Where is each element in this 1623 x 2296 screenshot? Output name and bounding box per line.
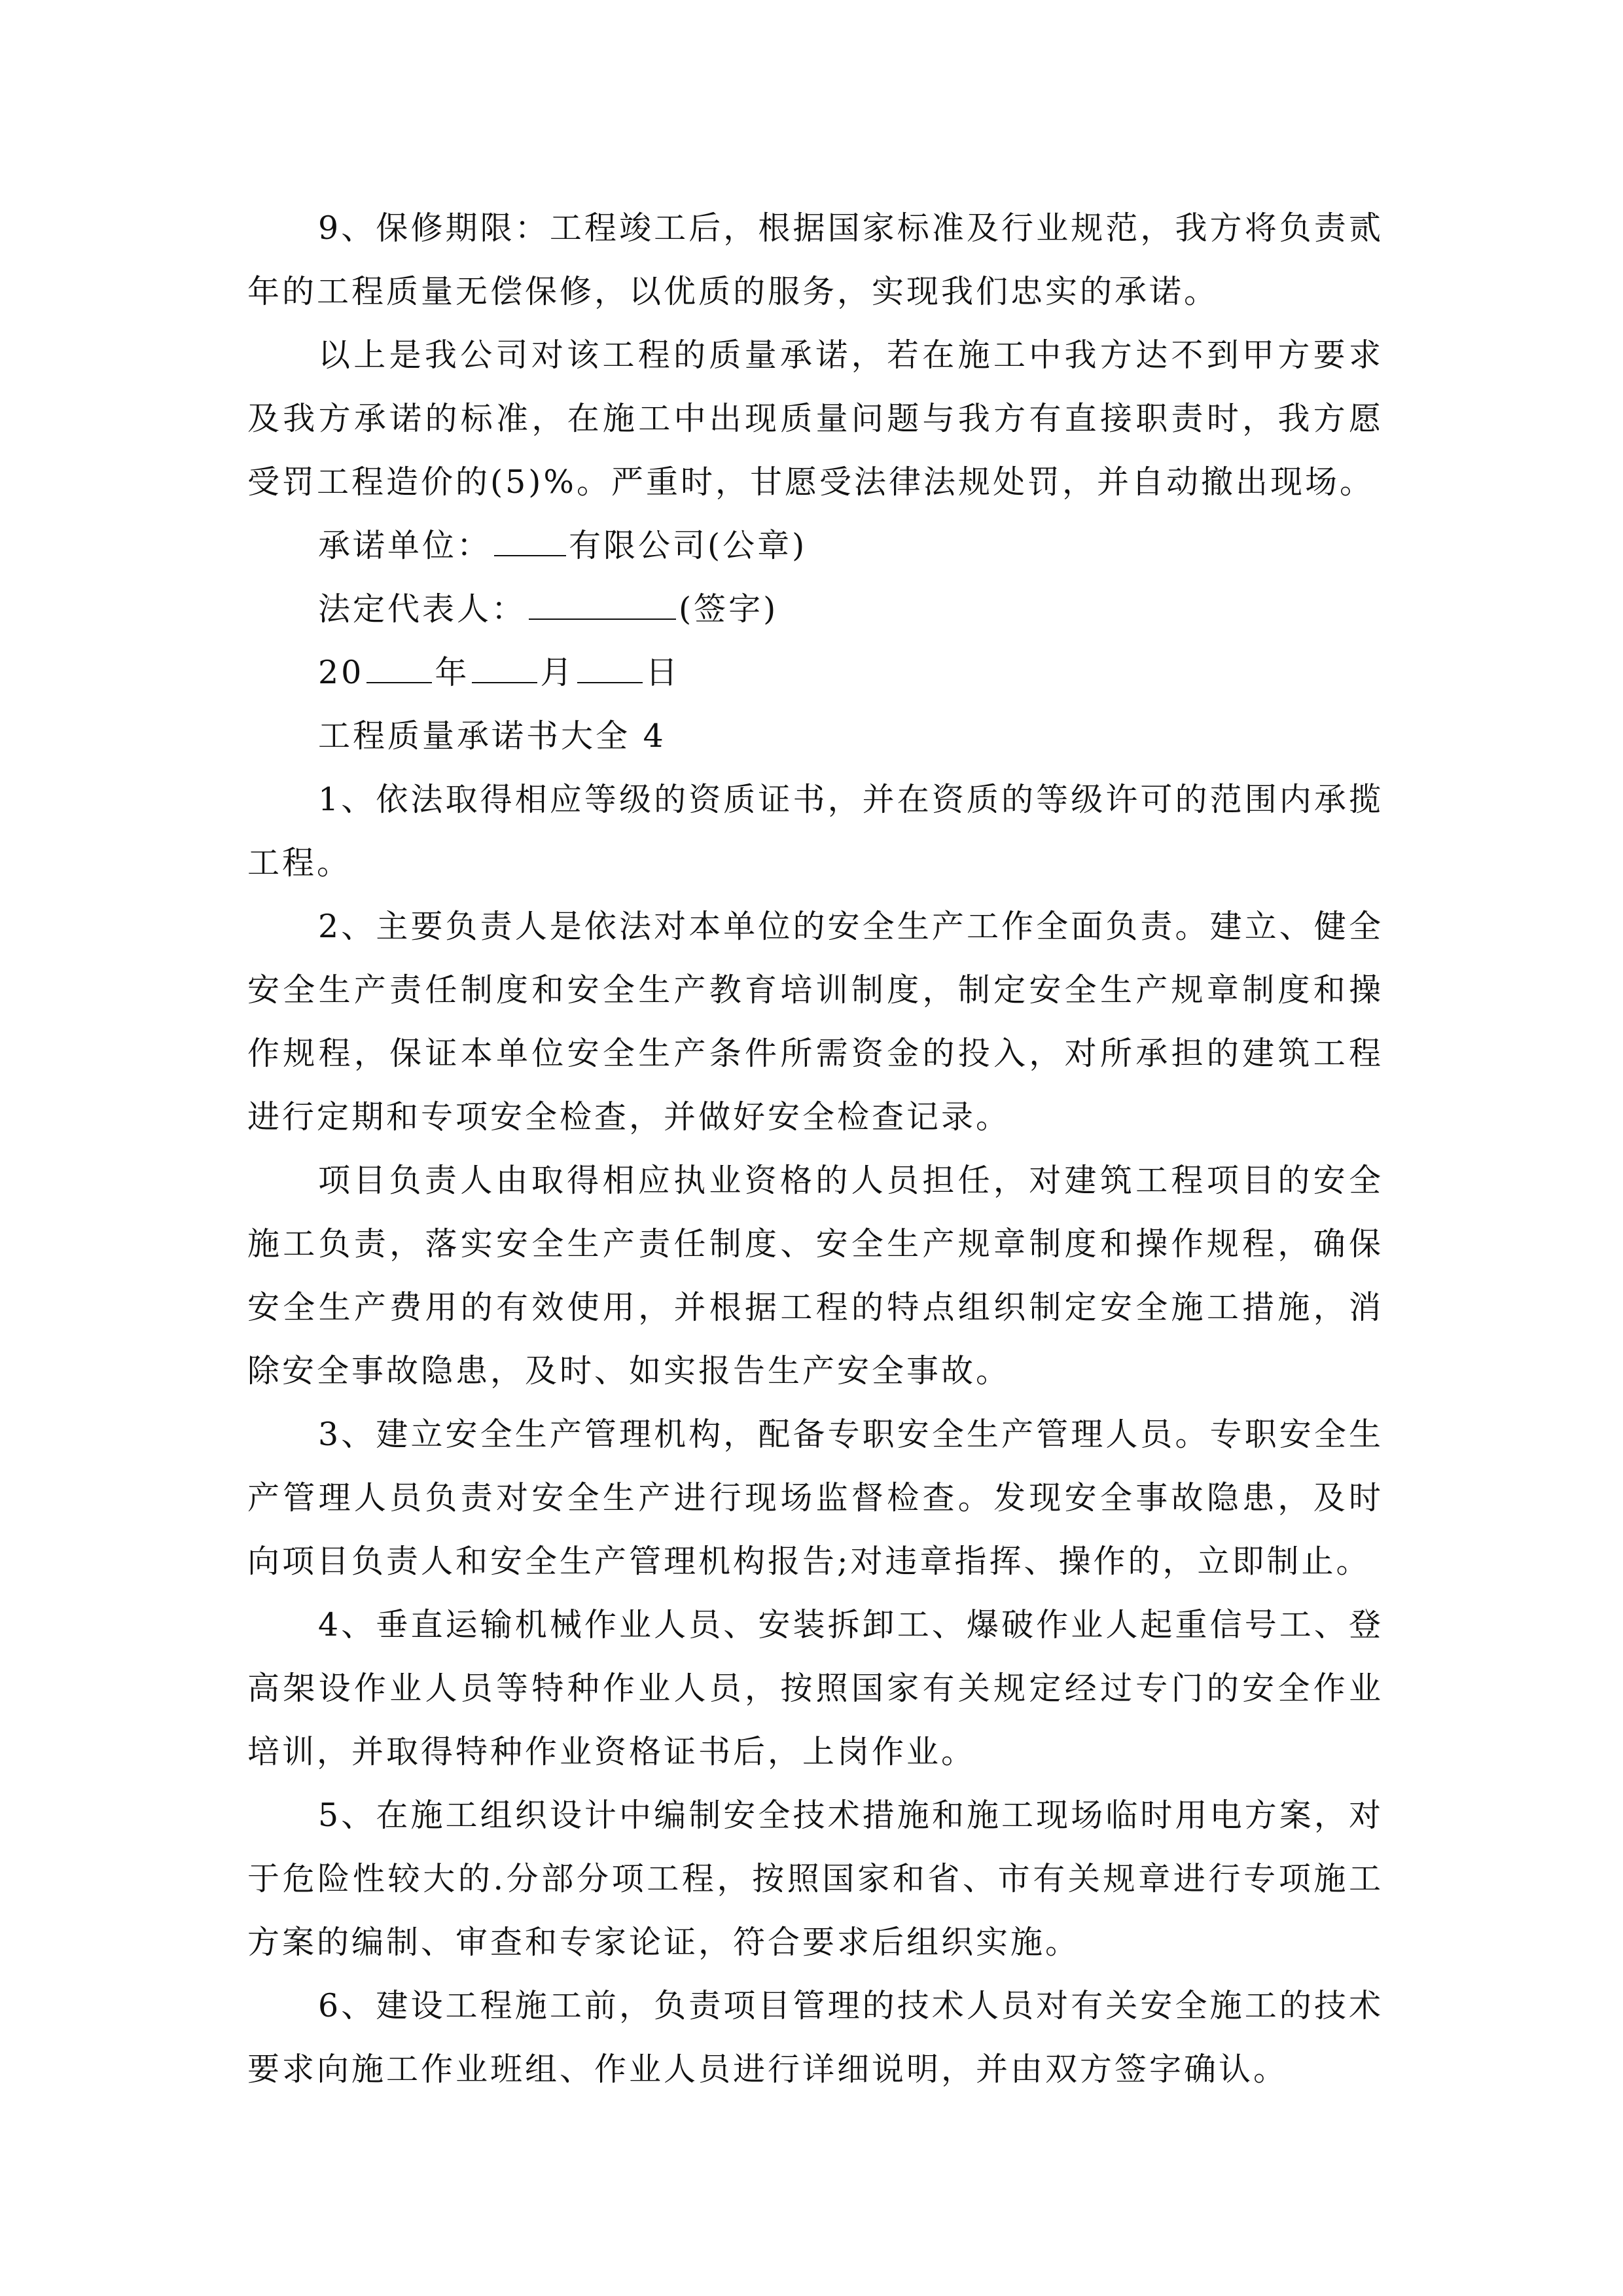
month-blank [472,656,537,683]
unit-blank [494,529,566,556]
date-year: 年 [435,654,469,691]
date-day: 日 [645,654,680,691]
rep-suffix: (签字) [679,590,778,628]
year-blank [366,656,432,683]
day-blank [577,656,643,683]
item-project-leader: 项目负责人由取得相应执业资格的人员担任，对建筑工程项目的安全施工负责，落实安全生… [247,1149,1383,1403]
signature-unit-line: 承诺单位：有限公司(公章) [247,514,1383,577]
date-prefix: 20 [318,654,364,691]
signature-rep-line: 法定代表人：(签字) [247,577,1383,641]
item-6: 6、建设工程施工前，负责项目管理的技术人员对有关安全施工的技术要求向施工作业班组… [247,1974,1383,2101]
date-month: 月 [540,654,575,691]
document-page: 9、保修期限：工程竣工后，根据国家标准及行业规范，我方将负责贰年的工程质量无偿保… [247,196,1383,2101]
item-1: 1、依法取得相应等级的资质证书，并在资质的等级许可的范围内承揽工程。 [247,768,1383,895]
rep-blank [529,592,676,620]
paragraph-warranty: 9、保修期限：工程竣工后，根据国家标准及行业规范，我方将负责贰年的工程质量无偿保… [247,196,1383,323]
item-3: 3、建立安全生产管理机构，配备专职安全生产管理人员。专职安全生产管理人员负责对安… [247,1403,1383,1593]
unit-label: 承诺单位： [318,527,491,564]
item-2: 2、主要负责人是依法对本单位的安全生产工作全面负责。建立、健全安全生产责任制度和… [247,895,1383,1149]
item-5: 5、在施工组织设计中编制安全技术措施和施工现场临时用电方案，对于危险性较大的.分… [247,1784,1383,1974]
item-4: 4、垂直运输机械作业人员、安装拆卸工、爆破作业人起重信号工、登高架设作业人员等特… [247,1593,1383,1784]
signature-date-line: 20年月日 [247,641,1383,704]
section-title: 工程质量承诺书大全 4 [247,704,1383,768]
rep-label: 法定代表人： [318,590,526,628]
paragraph-commitment: 以上是我公司对该工程的质量承诺，若在施工中我方达不到甲方要求及我方承诺的标准，在… [247,323,1383,514]
unit-suffix: 有限公司(公章) [569,527,807,564]
